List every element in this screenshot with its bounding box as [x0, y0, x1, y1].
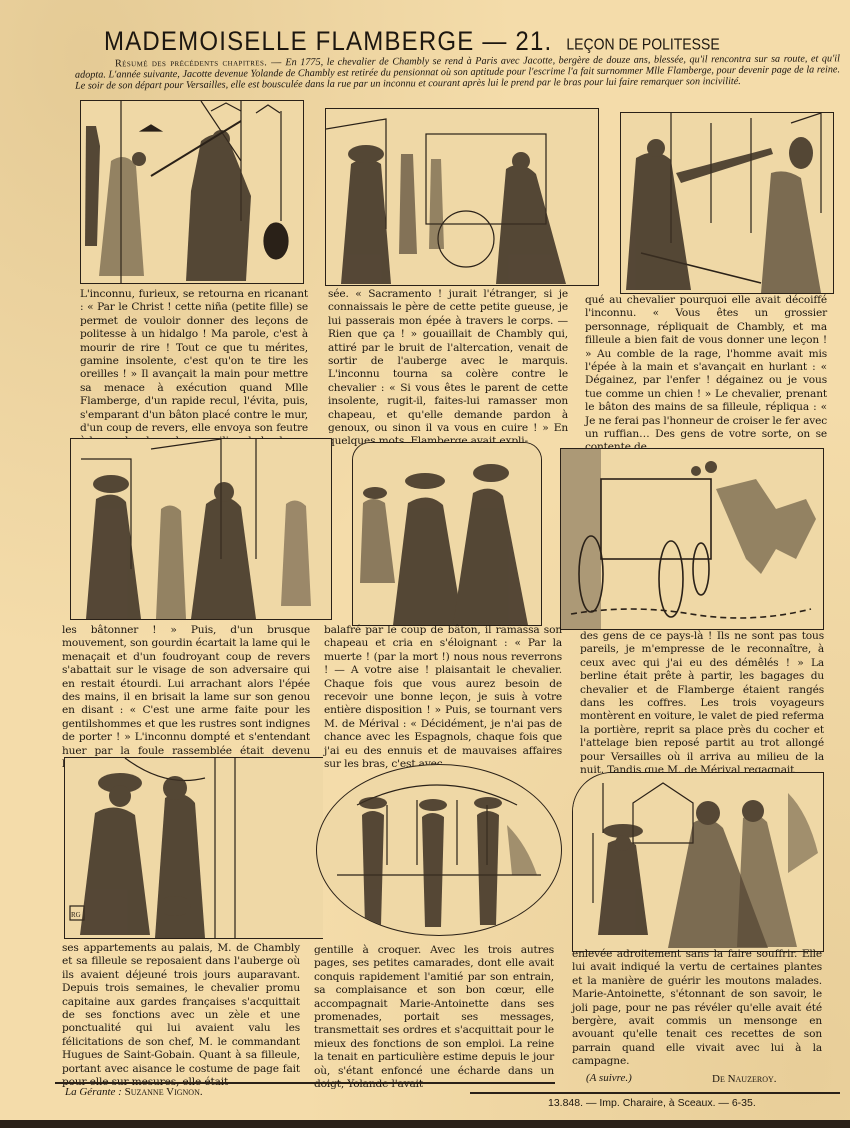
text-column-2-3: des gens de ce pays-là ! Ils ne sont pas…: [580, 630, 824, 777]
manager-name: Suzanne Vignon.: [125, 1086, 203, 1098]
text-column-3-2: gentille à croquer. Avec les trois autre…: [314, 944, 554, 1091]
illustration-panel-9: [572, 772, 824, 952]
text-column-3-3: enlevée adroitement sans la faire souffr…: [572, 948, 822, 1069]
officers-conversation-icon: RG: [65, 758, 323, 938]
berline-carriage-icon: [561, 449, 823, 629]
manager-label: La Gérante :: [65, 1086, 122, 1098]
illustration-panel-1: [80, 100, 304, 284]
illustration-panel-6: [560, 448, 824, 630]
footer-rule-left: [55, 1082, 555, 1084]
illustration-panel-7: RG: [64, 757, 323, 939]
illustration-panel-8-oval: [316, 764, 562, 936]
text-column-2-1: les bâtonner ! » Puis, d'un brusque mouv…: [62, 624, 310, 771]
illustration-panel-4: [70, 438, 332, 620]
printer-line: 13.848. — Imp. Charaire, à Sceaux. — 6-3…: [548, 1097, 756, 1109]
street-scene-hat-icon: [81, 101, 303, 283]
chevalier-and-companion-icon: [353, 443, 541, 625]
author-name: De Nauzeroy.: [712, 1073, 777, 1085]
illustration-panel-2: [325, 108, 599, 286]
to-be-continued: (A suivre.): [586, 1072, 632, 1084]
episode-title: LEÇON DE POLITESSE: [566, 35, 719, 53]
text-column-1-3: qué au chevalier pourquoi elle avait déc…: [585, 294, 827, 455]
footer-rule-right: [470, 1092, 840, 1094]
text-column-3-1: ses appartements au palais, M. de Chambl…: [62, 942, 300, 1089]
carriage-quarrel-icon: [326, 109, 598, 285]
previous-chapters-summary: Résumé des précédents chapitres. — En 17…: [75, 53, 840, 91]
three-pages-garden-icon: [317, 765, 561, 935]
crowd-scene-icon: [71, 439, 331, 619]
page-and-queen-icon: [573, 773, 823, 951]
manager-credit: La Gérante : Suzanne Vignon.: [65, 1086, 203, 1098]
serial-title: MADEMOISELLE FLAMBERGE — 21.: [104, 26, 552, 57]
page-edge-shadow: [0, 1120, 850, 1128]
text-column-1-1: L'inconnu, furieux, se retourna en rican…: [80, 288, 308, 449]
illustration-panel-5: [352, 442, 542, 626]
man-pointing-icon: [621, 113, 833, 293]
magazine-page: MADEMOISELLE FLAMBERGE — 21. LEÇON DE PO…: [0, 0, 850, 1128]
text-column-2-2: balafré par le coup de bâton, il ramassa…: [324, 624, 562, 771]
artist-signature: RG: [71, 911, 81, 919]
text-column-1-2: sée. « Sacramento ! jurait l'étranger, s…: [328, 288, 568, 449]
illustration-panel-3: [620, 112, 834, 294]
